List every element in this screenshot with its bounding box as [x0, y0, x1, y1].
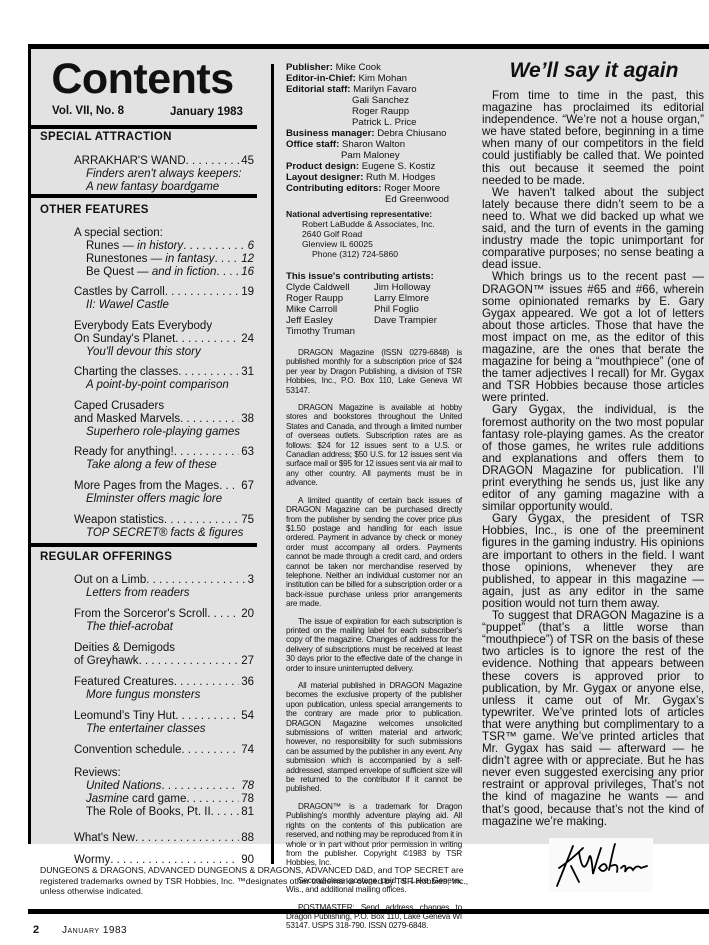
toc-special-section: A special section: Runes — in history6 R…: [74, 227, 254, 279]
masthead: Publisher: Mike Cook Editor-in-Chief: Ki…: [286, 62, 461, 337]
toc-reviews: Reviews: United Nations78 Jasmine card g…: [74, 767, 254, 819]
artists-heading: This issue's contributing artists:: [286, 271, 461, 282]
section-divider: [30, 194, 257, 198]
toc-item-runestones[interactable]: Runestones — in fantasy12: [74, 253, 254, 266]
toc-item-everybody-eats-everybody[interactable]: Everybody Eats Everybody On Sunday's Pla…: [74, 320, 254, 359]
toc-item-arrakhars-wand[interactable]: ARRAKHAR'S WAND45 Finders aren't always …: [74, 155, 254, 194]
toc-item-caped-crusaders[interactable]: Caped Crusaders and Masked Marvels38 Sup…: [74, 400, 254, 439]
toc-item-featured-creatures[interactable]: Featured Creatures36 More fungus monster…: [74, 676, 254, 702]
issue-date: January 1983: [170, 106, 243, 118]
folio-date: January 1983: [62, 925, 127, 936]
toc-item-charting-the-classes[interactable]: Charting the classes31 A point-by-point …: [74, 366, 254, 392]
trademark-notice: DUNGEONS & DRAGONS, ADVANCED DUNGEONS & …: [40, 865, 480, 897]
column-divider: [271, 64, 274, 864]
publication-fine-print: DRAGON Magazine (ISSN 0279-6848) is publ…: [286, 348, 462, 939]
toc-item-weapon-statistics[interactable]: Weapon statistics75 TOP SECRET® facts & …: [74, 514, 254, 540]
toc-item-role-of-books[interactable]: The Role of Books, Pt. II81: [74, 806, 254, 819]
toc-item-sorcerors-scroll[interactable]: From the Sorceror's Scroll20 The thief-a…: [74, 608, 254, 634]
toc-item-convention-schedule[interactable]: Convention schedule74: [74, 744, 254, 757]
toc-item-united-nations[interactable]: United Nations78: [74, 780, 254, 793]
section-divider: [30, 543, 257, 547]
contents-title: Contents: [30, 54, 255, 104]
editorial-body: From time to time in the past, this maga…: [480, 90, 708, 828]
toc-item-leomunds-tiny-hut[interactable]: Leomund's Tiny Hut54 The entertainer cla…: [74, 710, 254, 736]
signature-icon: [549, 838, 653, 892]
toc-item-be-quest[interactable]: Be Quest — and in fiction16: [74, 266, 254, 279]
toc-item-whats-new[interactable]: What's New88: [74, 832, 254, 845]
contents-column: Contents Vol. VII, No. 8 January 1983 SP…: [30, 49, 255, 859]
volume-number: Vol. VII, No. 8: [52, 105, 124, 117]
toc-item-jasmine[interactable]: Jasmine card game78: [74, 793, 254, 806]
toc-item-castles-by-carroll[interactable]: Castles by Carroll19 II: Wawel Castle: [74, 286, 254, 312]
toc-item-runes[interactable]: Runes — in history6: [74, 240, 254, 253]
editor-signature: [549, 838, 653, 892]
page-number: 45: [239, 155, 254, 168]
editorial-column: We’ll say it again From time to time in …: [480, 58, 708, 828]
toc-item-deities-demigods[interactable]: Deities & Demigods of Greyhawk27: [74, 642, 254, 668]
toc-item-out-on-a-limb[interactable]: Out on a Limb3 Letters from readers: [74, 574, 254, 600]
advertising-representative: National advertising representative: Rob…: [286, 209, 461, 259]
toc-item-more-pages-from-the-mages[interactable]: More Pages from the Mages67 Elminster of…: [74, 480, 254, 506]
section-heading-other-features: OTHER FEATURES: [40, 204, 149, 216]
editorial-title: We’ll say it again: [480, 58, 708, 84]
section-heading-regular-offerings: REGULAR OFFERINGS: [40, 551, 172, 563]
page-number: 2: [33, 924, 39, 936]
bottom-rule: [28, 909, 709, 914]
section-heading-special-attraction: SPECIAL ATTRACTION: [40, 131, 172, 143]
section-divider: [30, 125, 257, 129]
artists-list: Clyde CaldwellJim Holloway Roger RauppLa…: [286, 282, 461, 337]
toc-item-ready-for-anything[interactable]: Ready for anything!63 Take along a few o…: [74, 446, 254, 472]
